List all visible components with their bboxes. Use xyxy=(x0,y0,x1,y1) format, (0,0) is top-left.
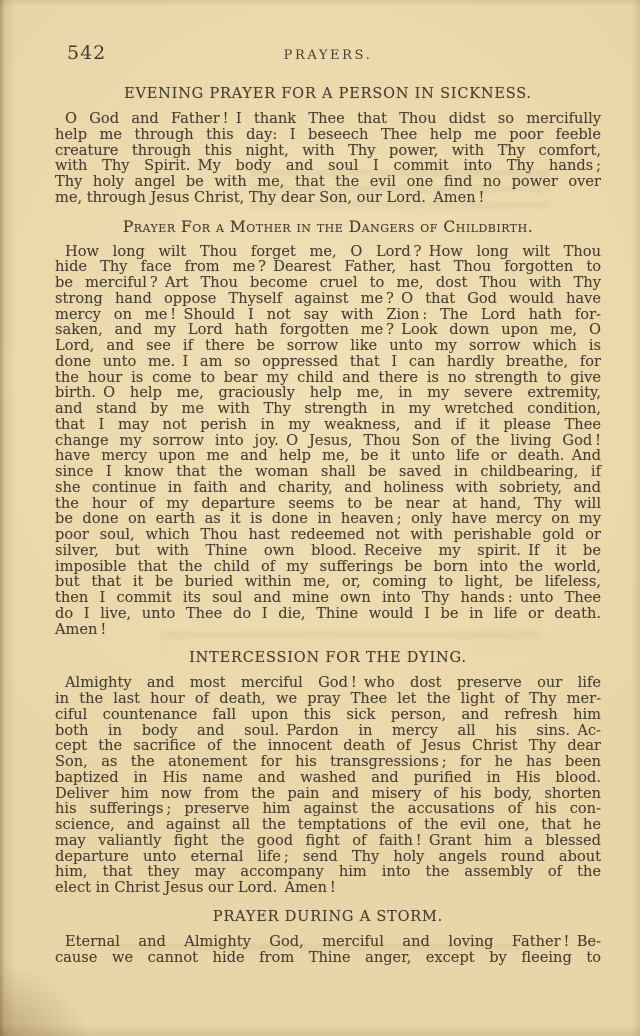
text-line: science, and against all the temptations… xyxy=(55,817,601,833)
prayer-section: INTERCESSION FOR THE DYING. Almighty and… xyxy=(55,649,601,896)
text-line: in the last hour of death, we pray Thee … xyxy=(55,691,601,707)
text-line: change my sorrow into joy. O Jesus, Thou… xyxy=(55,433,601,449)
text-line: have mercy upon me and help me, be it un… xyxy=(55,448,601,464)
text-line: be done on earth as it is done in heaven… xyxy=(55,511,601,527)
text-line: done unto me. I am so oppressed that I c… xyxy=(55,354,601,370)
text-line: cause we cannot hide from Thine anger, e… xyxy=(55,950,601,966)
section-heading: PRAYER DURING A STORM. xyxy=(55,908,601,926)
paragraph: How long wilt Thou forget me, O Lord ? H… xyxy=(55,244,601,638)
text-line: ciful countenance fall upon this sick pe… xyxy=(55,707,601,723)
text-line: baptized in His name and washed and puri… xyxy=(55,770,601,786)
text-line: both in body and soul. Pardon in mercy a… xyxy=(55,723,601,739)
text-line: she continue in faith and charity, and h… xyxy=(55,480,601,496)
paragraph: O God and Father ! I thank Thee that Tho… xyxy=(55,111,601,206)
text-line: me, through Jesus Christ, Thy dear Son, … xyxy=(55,190,601,206)
text-line: creature through this night, with Thy po… xyxy=(55,143,601,159)
text-line: with Thy Spirit. My body and soul I comm… xyxy=(55,158,601,174)
text-line: poor soul, which Thou hast redeemed not … xyxy=(55,527,601,543)
text-line: and stand by me with Thy strength in my … xyxy=(55,401,601,417)
text-line: elect in Christ Jesus our Lord. Amen ! xyxy=(55,880,601,896)
text-line: be merciful ? Art Thou become cruel to m… xyxy=(55,275,601,291)
text-line: since I know that the woman shall be sav… xyxy=(55,464,601,480)
text-line: that I may not perish in my weakness, an… xyxy=(55,417,601,433)
text-line: help me through this day: I beseech Thee… xyxy=(55,127,601,143)
page-content: 542 PRAYERS. EVENING PRAYER FOR A PERSON… xyxy=(55,0,601,965)
text-line: silver, but with Thine own blood. Receiv… xyxy=(55,543,601,559)
text-line: How long wilt Thou forget me, O Lord ? H… xyxy=(55,244,601,260)
text-line: O God and Father ! I thank Thee that Tho… xyxy=(55,111,601,127)
text-line: him, that they may accompany him into th… xyxy=(55,864,601,880)
text-line: birth. O help me, graciously help me, in… xyxy=(55,385,601,401)
text-line: mercy on me ! Should I not say with Zion… xyxy=(55,307,601,323)
section-paragraphs: O God and Father ! I thank Thee that Tho… xyxy=(55,111,601,206)
text-line: Almighty and most merciful God ! who dos… xyxy=(55,675,601,691)
section-heading: Prayer For a Mother in the Dangers of Ch… xyxy=(55,218,601,236)
text-line: Son, as the atonement for his transgress… xyxy=(55,754,601,770)
text-line: Thy holy angel be with me, that the evil… xyxy=(55,174,601,190)
text-line: Lord, and see if there be sorrow like un… xyxy=(55,338,601,354)
text-line: his sufferings ; preserve him against th… xyxy=(55,801,601,817)
prayer-section: Prayer For a Mother in the Dangers of Ch… xyxy=(55,218,601,638)
section-paragraphs: How long wilt Thou forget me, O Lord ? H… xyxy=(55,244,601,638)
book-page: { "page": { "number": "542", "running_he… xyxy=(0,0,640,1036)
text-line: imposible that the child of my suffering… xyxy=(55,559,601,575)
text-line: saken, and my Lord hath forgotten me ? L… xyxy=(55,322,601,338)
text-line: departure unto eternal life ; send Thy h… xyxy=(55,849,601,865)
text-line: cept the sacrifice of the innocent death… xyxy=(55,738,601,754)
text-line: but that it be buried within me, or, com… xyxy=(55,574,601,590)
text-line: the hour is come to bear my child and th… xyxy=(55,370,601,386)
prayer-section: PRAYER DURING A STORM. Eternal and Almig… xyxy=(55,908,601,966)
paragraph: Eternal and Almighty God, merciful and l… xyxy=(55,934,601,966)
page-header: 542 PRAYERS. xyxy=(55,0,601,63)
text-line: hide Thy face from me ? Dearest Father, … xyxy=(55,259,601,275)
prayer-section: EVENING PRAYER FOR A PERSON IN SICKNESS.… xyxy=(55,85,601,206)
text-line: Amen ! xyxy=(55,622,601,638)
section-paragraphs: Almighty and most merciful God ! who dos… xyxy=(55,675,601,896)
text-line: Eternal and Almighty God, merciful and l… xyxy=(55,934,601,950)
sections: EVENING PRAYER FOR A PERSON IN SICKNESS.… xyxy=(55,85,601,965)
text-line: may valiantly fight the good fight of fa… xyxy=(55,833,601,849)
section-paragraphs: Eternal and Almighty God, merciful and l… xyxy=(55,934,601,966)
text-line: the hour of my departure seems to be nea… xyxy=(55,496,601,512)
page-number: 542 xyxy=(67,42,106,64)
running-header: PRAYERS. xyxy=(55,44,601,63)
text-line: Deliver him now from the pain and misery… xyxy=(55,786,601,802)
section-heading: EVENING PRAYER FOR A PERSON IN SICKNESS. xyxy=(55,85,601,103)
paragraph: Almighty and most merciful God ! who dos… xyxy=(55,675,601,896)
text-line: strong hand oppose Thyself against me ? … xyxy=(55,291,601,307)
text-line: then I commit its soul and mine own into… xyxy=(55,590,601,606)
text-line: do I live, unto Thee do I die, Thine wou… xyxy=(55,606,601,622)
section-heading: INTERCESSION FOR THE DYING. xyxy=(55,649,601,667)
